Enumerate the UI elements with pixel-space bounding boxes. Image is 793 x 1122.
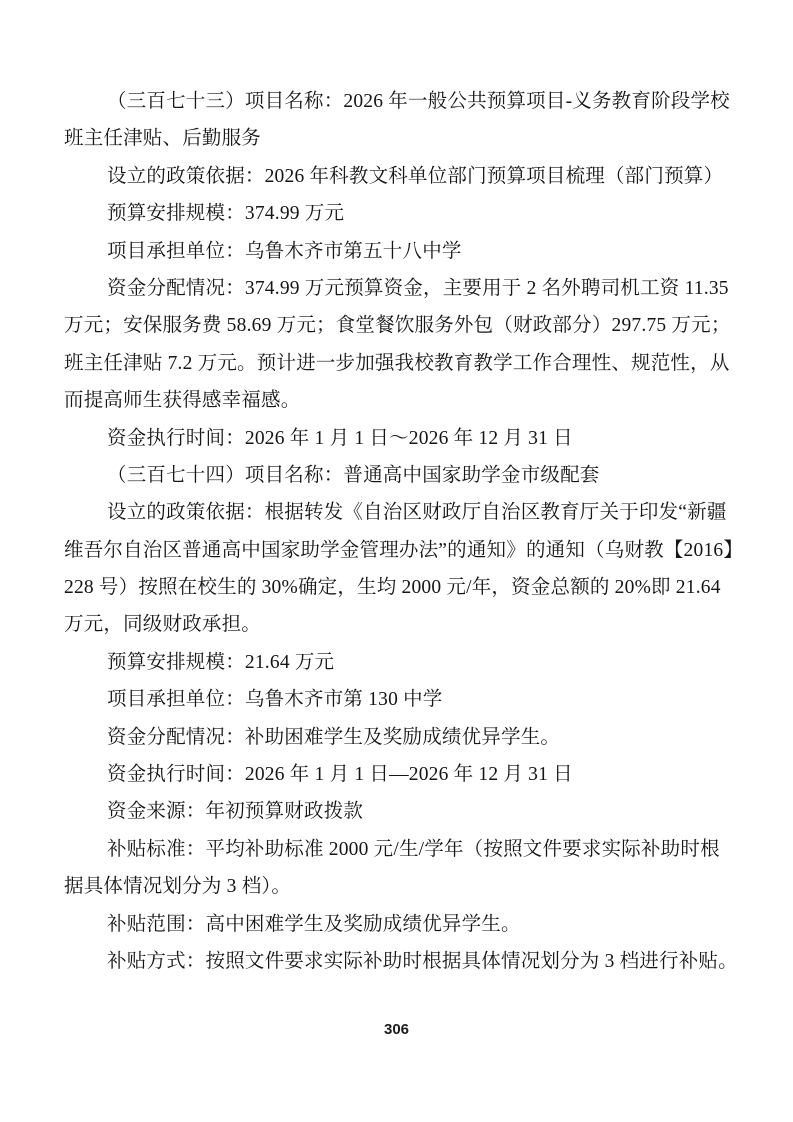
document-line: 预算安排规模：374.99 万元 (64, 195, 714, 232)
document-line: 资金执行时间：2026 年 1 月 1 日—2026 年 12 月 31 日 (64, 756, 714, 793)
document-line: 补贴范围：高中困难学生及奖励成绩优异学生。 (64, 906, 714, 943)
text-block: （三百七十三）项目名称：2026 年一般公共预算项目-义务教育阶段学校 班主任津… (64, 83, 714, 980)
document-line: 维吾尔自治区普通高中国家助学金管理办法”的通知》的通知（乌财教【2016】 (64, 532, 714, 569)
document-line: 设立的政策依据：2026 年科教文科单位部门预算项目梳理（部门预算） (64, 158, 714, 195)
document-line: 项目承担单位：乌鲁木齐市第五十八中学 (64, 233, 714, 270)
document-line: 资金分配情况：补助困难学生及奖励成绩优异学生。 (64, 719, 714, 756)
document-line: 万元；安保服务费 58.69 万元；食堂餐饮服务外包（财政部分）297.75 万… (64, 307, 714, 344)
page-number: 306 (0, 1021, 793, 1038)
document-line: 228 号）按照在校生的 30%确定，生均 2000 元/年，资金总额的 20%… (64, 569, 714, 606)
document-line: 班主任津贴、后勤服务 (64, 120, 714, 157)
document-line: 资金执行时间：2026 年 1 月 1 日～2026 年 12 月 31 日 (64, 420, 714, 457)
document-line: 项目承担单位：乌鲁木齐市第 130 中学 (64, 681, 714, 718)
document-line: 万元，同级财政承担。 (64, 606, 714, 643)
document-line: 而提高师生获得感幸福感。 (64, 382, 714, 419)
document-line: （三百七十三）项目名称：2026 年一般公共预算项目-义务教育阶段学校 (64, 83, 714, 120)
document-line: 班主任津贴 7.2 万元。预计进一步加强我校教育教学工作合理性、规范性，从 (64, 345, 714, 382)
document-line: （三百七十四）项目名称：普通高中国家助学金市级配套 (64, 457, 714, 494)
document-line: 补贴方式：按照文件要求实际补助时根据具体情况划分为 3 档进行补贴。 (64, 943, 714, 980)
document-line: 预算安排规模：21.64 万元 (64, 644, 714, 681)
document-page: （三百七十三）项目名称：2026 年一般公共预算项目-义务教育阶段学校 班主任津… (0, 0, 793, 1122)
document-line: 据具体情况划分为 3 档）。 (64, 868, 714, 905)
document-line: 资金分配情况：374.99 万元预算资金，主要用于 2 名外聘司机工资 11.3… (64, 270, 714, 307)
document-line: 补贴标准：平均补助标准 2000 元/生/学年（按照文件要求实际补助时根 (64, 831, 714, 868)
document-line: 资金来源：年初预算财政拨款 (64, 793, 714, 830)
document-line: 设立的政策依据：根据转发《自治区财政厅自治区教育厅关于印发“新疆 (64, 494, 714, 531)
